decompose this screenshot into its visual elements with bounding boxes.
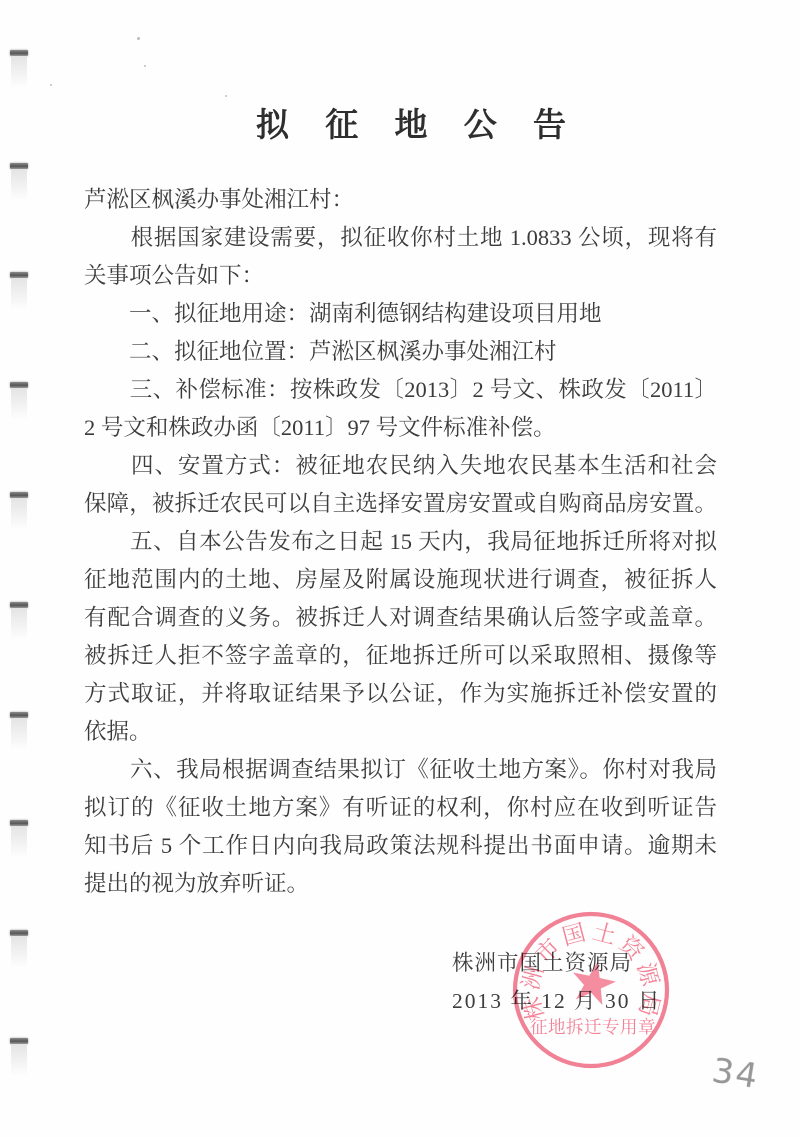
scan-artifact (10, 492, 30, 530)
text-line: 2 号文和株政办函〔2011〕97 号文件标准补偿。 (84, 409, 717, 447)
text-line: 依据。 (84, 713, 717, 751)
page-title: 拟 征 地 公 告 (18, 99, 800, 146)
seal-star-icon (568, 957, 619, 1007)
scan-speck (144, 65, 146, 67)
official-seal: 株洲市国土资源局 征地拆迁专用章 (486, 885, 696, 1095)
text-line: 根据国家建设需要，拟征收你村土地 1.0833 公顷，现将有 (84, 219, 717, 257)
text-line: 保障，被拆迁农民可以自主选择安置房安置或自购商品房安置。 (84, 485, 717, 523)
scan-speck (137, 37, 140, 40)
text-line: 三、补偿标准：按株政发〔2013〕2 号文、株政发〔2011〕 (84, 371, 717, 409)
scan-artifact (10, 163, 30, 201)
text-line: 四、安置方式：被征地农民纳入失地农民基本生活和社会 (84, 447, 717, 485)
text-line: 芦淞区枫溪办事处湘江村： (84, 181, 717, 219)
text-line: 拟订的《征收土地方案》有听证的权利，你村应在收到听证告 (84, 789, 717, 827)
text-line: 五、自本公告发布之日起 15 天内，我局征地拆迁所将对拟 (84, 523, 717, 561)
scan-artifact (10, 820, 30, 858)
seal-graphic: 株洲市国土资源局 征地拆迁专用章 (515, 914, 667, 1066)
scan-artifact (10, 382, 30, 420)
text-line: 被拆迁人拒不签字盖章的，征地拆迁所可以采取照相、摄像等 (84, 637, 717, 675)
scan-artifact (10, 712, 30, 750)
scan-artifact (10, 272, 30, 310)
text-line: 方式取证，并将取证结果予以公证，作为实施拆迁补偿安置的 (84, 675, 717, 713)
page-number-handwritten: 34 (709, 1051, 762, 1098)
text-line: 二、拟征地位置：芦淞区枫溪办事处湘江村 (84, 333, 717, 371)
text-line: 六、我局根据调查结果拟订《征收土地方案》。你村对我局 (84, 751, 717, 789)
text-line: 有配合调查的义务。被拆迁人对调查结果确认后签字或盖章。 (84, 599, 717, 637)
text-line: 知书后 5 个工作日内向我局政策法规科提出书面申请。逾期未 (84, 827, 717, 865)
scanned-page: 拟 征 地 公 告 芦淞区枫溪办事处湘江村： 根据国家建设需要，拟征收你村土地 … (0, 0, 800, 1137)
text-line: 关事项公告如下： (84, 257, 717, 295)
text-line: 征地范围内的土地、房屋及附属设施现状进行调查，被征拆人 (84, 561, 717, 599)
text-line: 一、拟征地用途：湖南利德钢结构建设项目用地 (84, 295, 717, 333)
document-body: 芦淞区枫溪办事处湘江村： 根据国家建设需要，拟征收你村土地 1.0833 公顷，… (84, 181, 717, 903)
scan-speck (50, 84, 52, 86)
scan-artifact (10, 602, 30, 640)
scan-artifact (10, 1038, 30, 1076)
scan-artifact (10, 50, 30, 88)
seal-bottom-text: 征地拆迁专用章 (530, 1017, 656, 1037)
scan-artifact (10, 930, 30, 968)
scan-speck (225, 95, 227, 97)
